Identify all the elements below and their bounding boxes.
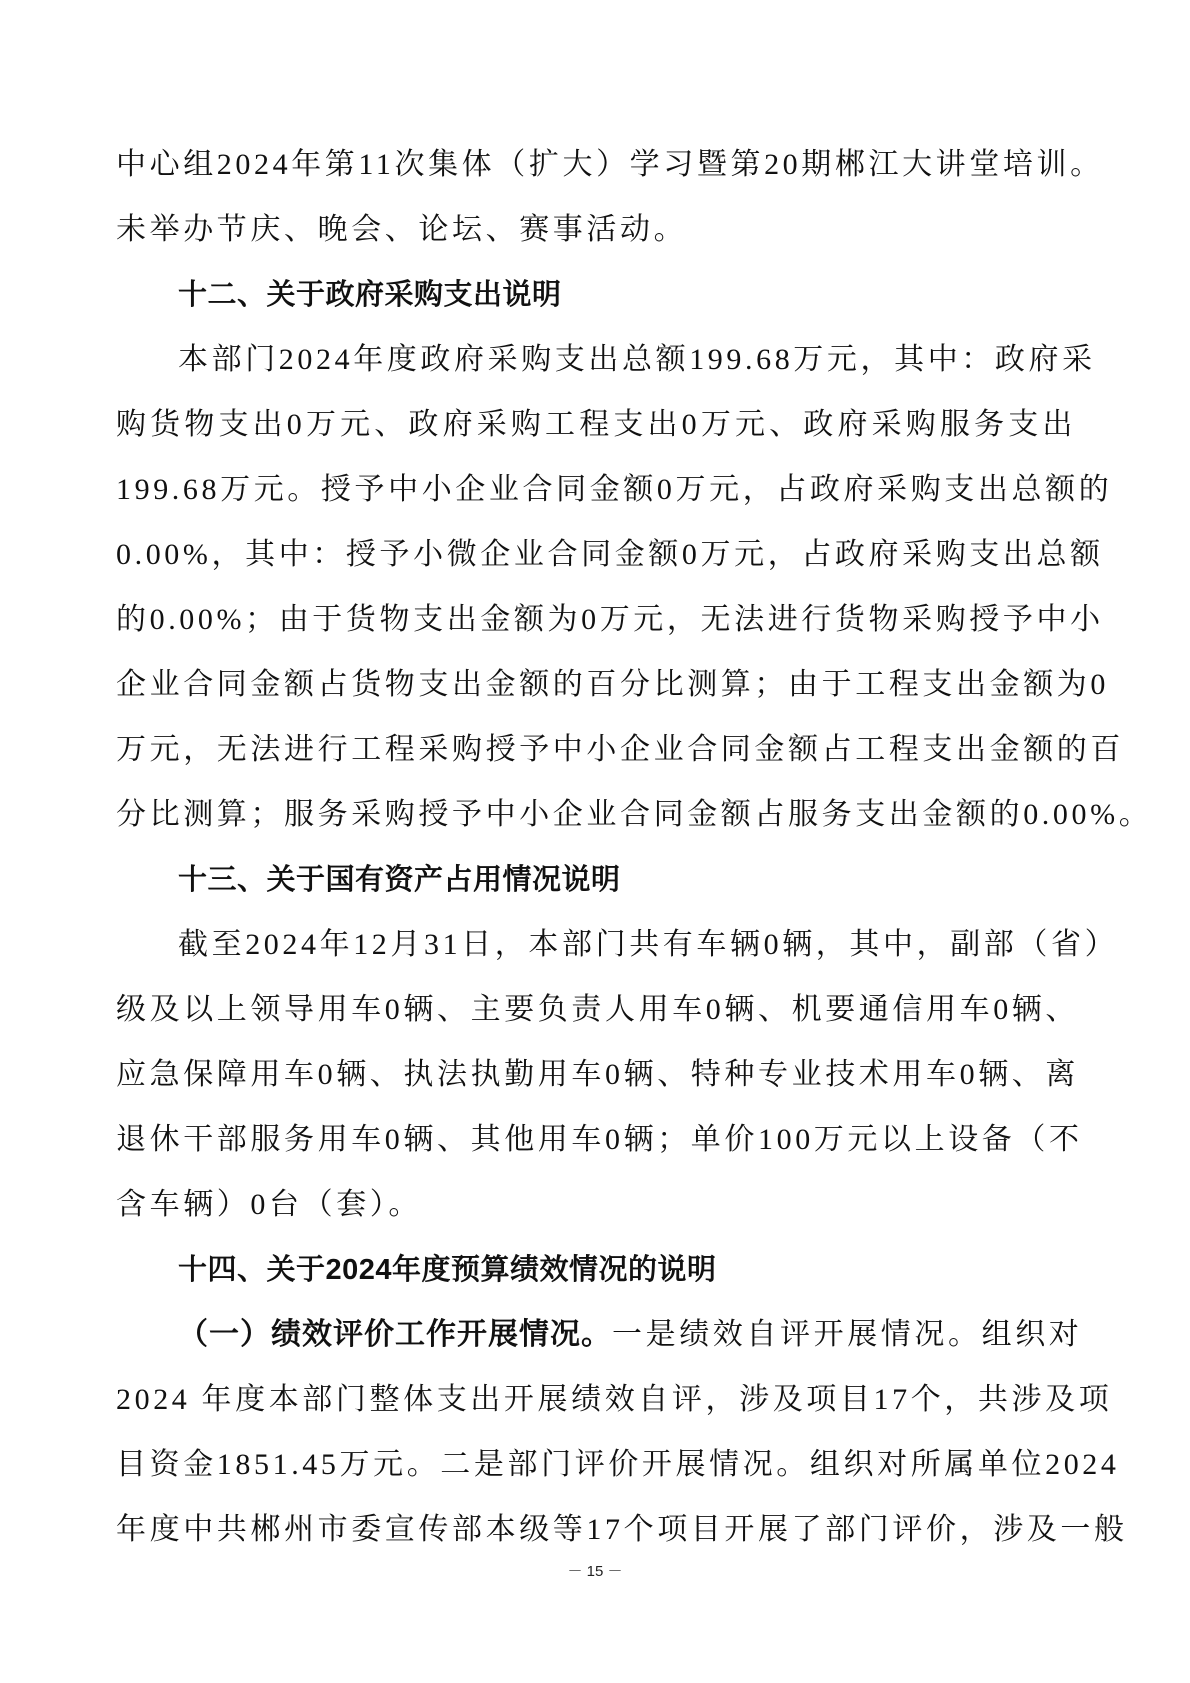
body-line: 本部门2024年度政府采购支出总额199.68万元，其中：政府采	[116, 345, 1076, 375]
body-line: 未举办节庆、晚会、论坛、赛事活动。	[116, 215, 1076, 245]
body-line-mixed: （一）绩效评价工作开展情况。一是绩效自评开展情况。组织对	[116, 1320, 1076, 1350]
body-line: 含车辆）0台（套）。	[116, 1190, 1076, 1220]
body-line: 退休干部服务用车0辆、其他用车0辆；单价100万元以上设备（不	[116, 1125, 1076, 1155]
body-line: 级及以上领导用车0辆、主要负责人用车0辆、机要通信用车0辆、	[116, 995, 1076, 1025]
body-line: 2024 年度本部门整体支出开展绩效自评，涉及项目17个，共涉及项	[116, 1385, 1076, 1415]
section-heading-12: 十二、关于政府采购支出说明	[116, 280, 1076, 310]
section-heading-14: 十四、关于2024年度预算绩效情况的说明	[116, 1255, 1076, 1285]
subsection-title: （一）绩效评价工作开展情况。	[178, 1318, 612, 1351]
body-line: 的0.00%；由于货物支出金额为0万元，无法进行货物采购授予中小	[116, 605, 1076, 635]
page-number: － 15 －	[0, 1560, 1190, 1581]
document-page: 中心组2024年第11次集体（扩大）学习暨第20期郴江大讲堂培训。 未举办节庆、…	[116, 150, 1076, 1580]
body-line: 年度中共郴州市委宣传部本级等17个项目开展了部门评价，涉及一般	[116, 1515, 1076, 1545]
body-line: 中心组2024年第11次集体（扩大）学习暨第20期郴江大讲堂培训。	[116, 150, 1076, 180]
body-line: 截至2024年12月31日，本部门共有车辆0辆，其中，副部（省）	[116, 930, 1076, 960]
body-line: 万元，无法进行工程采购授予中小企业合同金额占工程支出金额的百	[116, 735, 1076, 765]
body-run: 一是绩效自评开展情况。组织对	[612, 1318, 1082, 1351]
body-line: 分比测算；服务采购授予中小企业合同金额占服务支出金额的0.00%。	[116, 800, 1076, 830]
section-heading-13: 十三、关于国有资产占用情况说明	[116, 865, 1076, 895]
body-line: 199.68万元。授予中小企业合同金额0万元，占政府采购支出总额的	[116, 475, 1076, 505]
body-line: 目资金1851.45万元。二是部门评价开展情况。组织对所属单位2024	[116, 1450, 1076, 1480]
body-line: 企业合同金额占货物支出金额的百分比测算；由于工程支出金额为0	[116, 670, 1076, 700]
body-line: 购货物支出0万元、政府采购工程支出0万元、政府采购服务支出	[116, 410, 1076, 440]
body-line: 应急保障用车0辆、执法执勤用车0辆、特种专业技术用车0辆、离	[116, 1060, 1076, 1090]
body-line: 0.00%，其中：授予小微企业合同金额0万元，占政府采购支出总额	[116, 540, 1076, 570]
